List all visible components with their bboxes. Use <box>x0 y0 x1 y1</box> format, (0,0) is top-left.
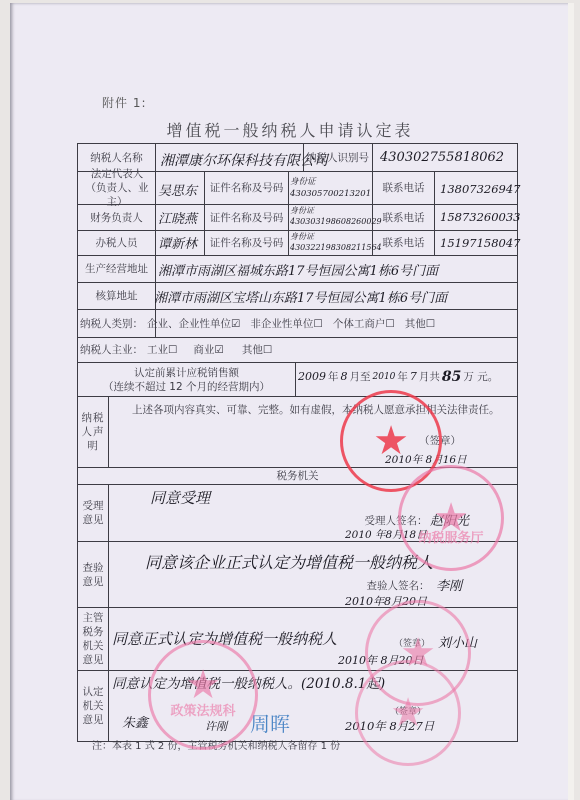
category-label: 纳税人类别： <box>80 317 143 331</box>
legal-rep-label: 法定代表人（负责人、业主） <box>79 172 155 204</box>
inspection-date: 2010年8月20日 <box>345 593 427 609</box>
acceptance-signer: 赵阳光 <box>430 510 469 529</box>
finance-cert-label: 证件名称及号码 <box>205 205 288 230</box>
acceptance-signer-label: 受理人签名： <box>360 514 432 528</box>
competent-date: 2010年 8月20日 <box>338 652 424 668</box>
finance-phone-value: 15873260033 <box>440 210 520 224</box>
finance-phone-label: 联系电话 <box>373 205 434 230</box>
approval-opinion: 同意认定为增值税一般纳税人。(2010.8.1起) <box>112 672 385 692</box>
category-option-enterprise[interactable]: 企业、企业性单位☑ <box>147 317 240 331</box>
approval-signature-3: 周晖 <box>250 708 290 737</box>
finance-head-value: 江晓燕 <box>158 208 197 227</box>
declaration-date: 2010年 8月16日 <box>385 452 467 467</box>
approval-authority-label: 认定机关意见 <box>80 672 106 740</box>
legal-rep-phone-label: 联系电话 <box>373 172 434 204</box>
business-address-label: 生产经营地址 <box>78 256 155 282</box>
attachment-label: 附件 1: <box>102 94 147 111</box>
tax-officer-value: 谭新林 <box>158 233 197 252</box>
acceptance-date: 2010 年8月18日 <box>345 527 427 542</box>
declaration-text: 上述各项内容真实、可靠、完整。如有虚假，本纳税人愿意承担相关法律责任。 <box>132 400 512 420</box>
tax-officer-cert-value: 身份证 430322198308211564 <box>290 231 374 253</box>
main-business-industry[interactable]: 工业☐ <box>147 343 177 357</box>
sales-label: 认定前累计应税销售额 （连续不超过 12 个月的经营期内） <box>78 363 295 396</box>
sales-from-year: 2009 <box>298 370 326 384</box>
declaration-seal-label: （签章） <box>415 434 465 448</box>
tax-officer-phone-label: 联系电话 <box>373 231 434 255</box>
inspection-opinion: 同意该企业正式认定为增值税一般纳税人 <box>145 550 433 573</box>
tax-authority-header: 税务机关 <box>78 468 517 484</box>
legal-rep-cert-value: 身份证 430305700213201 <box>290 176 372 200</box>
acceptance-label: 受理意见 <box>80 486 106 540</box>
approval-signature-1: 朱鑫 <box>122 712 148 731</box>
inspection-signer: 李刚 <box>436 575 462 594</box>
taxpayer-category: 纳税人类别： 企业、企业性单位☑ 非企业性单位☐ 个体工商户☐ 其他☐ <box>80 310 510 337</box>
tax-officer-label: 办税人员 <box>78 231 155 255</box>
sales-value: 2009 年 8 月至 2010 年 7 月共 85 万 元。 <box>298 366 516 388</box>
competent-authority-label: 主管税务机关意见 <box>80 609 106 669</box>
accounting-address-label: 核算地址 <box>78 283 155 309</box>
category-option-non-enterprise[interactable]: 非企业性单位☐ <box>250 317 322 331</box>
legal-rep-phone-value: 13807326947 <box>440 182 520 196</box>
sales-from-month: 8 <box>341 370 348 384</box>
sales-to-year: 2010 <box>373 370 396 384</box>
approval-seal-label: （签章） <box>388 705 428 719</box>
approval-signature-2: 许刚 <box>205 718 227 734</box>
category-option-individual[interactable]: 个体工商户☐ <box>333 317 395 331</box>
taxpayer-id-value: 430302755818062 <box>380 150 504 165</box>
declaration-label: 纳税人声明 <box>80 398 106 466</box>
tax-officer-phone-value: 15197158047 <box>440 236 520 250</box>
taxpayer-id-label: 纳税人识别号 <box>303 144 372 171</box>
approval-date: 2010年 8月27日 <box>345 718 434 734</box>
main-business-other[interactable]: 其他☐ <box>242 343 272 357</box>
legal-rep-value: 吴思东 <box>158 180 197 199</box>
competent-seal-label: （签章） <box>392 637 432 651</box>
tax-officer-cert-label: 证件名称及号码 <box>205 231 288 255</box>
finance-head-label: 财务负责人 <box>78 205 155 230</box>
category-option-other[interactable]: 其他☐ <box>405 317 435 331</box>
main-business-commerce[interactable]: 商业☑ <box>193 343 223 357</box>
finance-cert-value: 身份证 430303198608260029 <box>290 205 374 227</box>
competent-opinion: 同意正式认定为增值税一般纳税人 <box>112 628 337 649</box>
taxpayer-main-business: 纳税人主业： 工业☐ 商业☑ 其他☐ <box>80 338 510 362</box>
acceptance-opinion: 同意受理 <box>150 487 210 508</box>
main-business-label: 纳税人主业： <box>80 343 143 357</box>
accounting-address-value: 湘潭市雨湖区宝塔山东路17号恒园公寓1栋6号门面 <box>154 287 447 306</box>
sales-to-month: 7 <box>410 370 417 384</box>
legal-rep-cert-label: 证件名称及号码 <box>205 172 288 204</box>
sales-amount: 85 <box>442 370 461 384</box>
inspection-label: 查验意见 <box>80 543 106 606</box>
inspection-signer-label: 查验人签名： <box>362 579 434 593</box>
competent-signer: 刘小山 <box>438 632 477 651</box>
business-address-value: 湘潭市雨湖区福城东路17号恒园公寓1栋6号门面 <box>158 260 438 279</box>
footnote: 注：本表 1 式 2 份，主管税务机关和纳税人各留存 1 份 <box>92 737 340 752</box>
form-title: 增值税一般纳税人申请认定表 <box>0 118 580 141</box>
